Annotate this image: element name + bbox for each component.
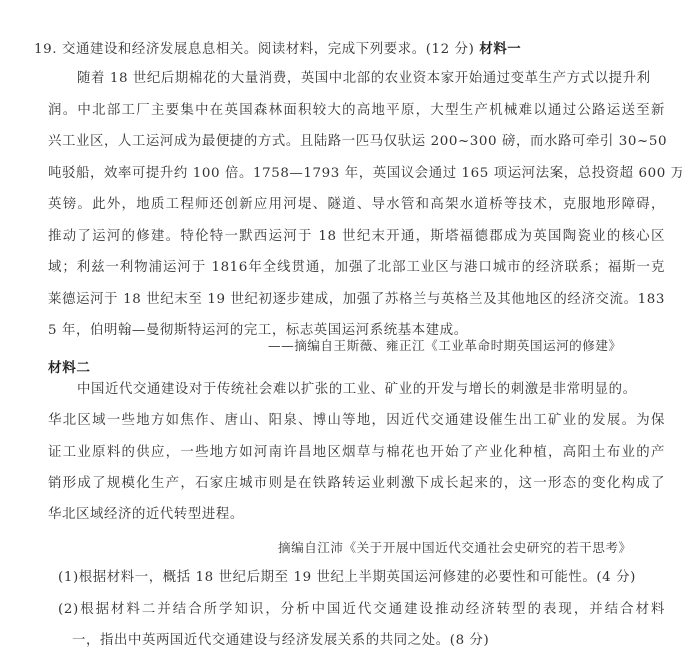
material-two-heading: 材料二 — [48, 356, 91, 376]
material-one-line: 随着 18 世纪后期棉花的大量消费，英国中北部的农业资本家开始通过变革生产方式以… — [77, 70, 665, 88]
material-one-line: 英镑。此外，地质工程师还创新应用河堤、隧道、导水管和高架水道桥等技术，克服地形障… — [48, 196, 665, 214]
material-one-line: 润。中北部工厂主要集中在英国森林面积较大的高地平原，大型生产机械难以通过公路运送… — [48, 102, 665, 120]
material-two-line: 华北区域经济的近代转型进程。 — [48, 506, 244, 524]
material-one-line: 吨驳船，效率可提升约 100 倍。1758—1793 年，英国议会通过 165 … — [48, 165, 665, 183]
material-two-line: 华北区域一些地方如焦作、唐山、阳泉、博山等地，因近代交通建设催生出工矿业的发展。… — [48, 412, 665, 430]
material-two-citation: 摘编自江沛《关于开展中国近代交通社会史研究的若干思考》 — [278, 540, 632, 556]
exam-page: 19. 交通建设和经济发展息息相关。阅读材料，完成下列要求。(12 分) 材料一… — [0, 0, 682, 657]
sub-question-1: (1)根据材料一，概括 18 世纪后期至 19 世纪上半期英国运河修建的必要性和… — [58, 569, 636, 587]
sub-question-2-line: 一，指出中英两国近代交通建设与经济发展关系的共同之处。(8 分) — [72, 632, 489, 650]
material-two-line: 中国近代交通建设对于传统社会难以扩张的工业、矿业的开发与增长的刺激是非常明显的。 — [77, 381, 637, 399]
material-one-citation: ——摘编自王斯薇、雍正江《工业革命时期英国运河的修建》 — [268, 338, 622, 354]
material-two-line: 销形成了规模化生产，石家庄城市则是在铁路转运业刺激下成长起来的，这一形态的变化构… — [48, 475, 665, 493]
material-one-line: 兴工业区，人工运河成为最便捷的方式。且陆路一匹马仅驮运 200~300 磅，而水… — [48, 133, 665, 151]
material-two-line: 证工业原料的供应，一些地方如河南许昌地区烟草与棉花也开始了产业化种植，高阳土布业… — [48, 444, 665, 462]
material-one-label: 材料一 — [479, 41, 521, 57]
material-one-line: 推动了运河的修建。特伦特一默西运河于 18 世纪末开通，斯塔福德郡成为英国陶瓷业… — [48, 228, 665, 246]
question-prompt: 交通建设和经济发展息息相关。阅读材料，完成下列要求。(12 分) — [62, 42, 475, 57]
material-one-line: 莱德运河于 18 世纪末至 19 世纪初逐步建成，加强了苏格兰与英格兰及其他地区… — [48, 291, 665, 309]
question-number: 19. — [34, 42, 57, 57]
sub-question-2-line: (2)根据材料二并结合所学知识，分析中国近代交通建设推动经济转型的表现，并结合材… — [58, 601, 665, 619]
material-one-line: 域；利兹一利物浦运河于 1816年全线贯通，加强了北部工业区与港口城市的经济联系… — [48, 259, 665, 277]
question-title: 19. 交通建设和经济发展息息相关。阅读材料，完成下列要求。(12 分) 材料一 — [34, 40, 521, 59]
